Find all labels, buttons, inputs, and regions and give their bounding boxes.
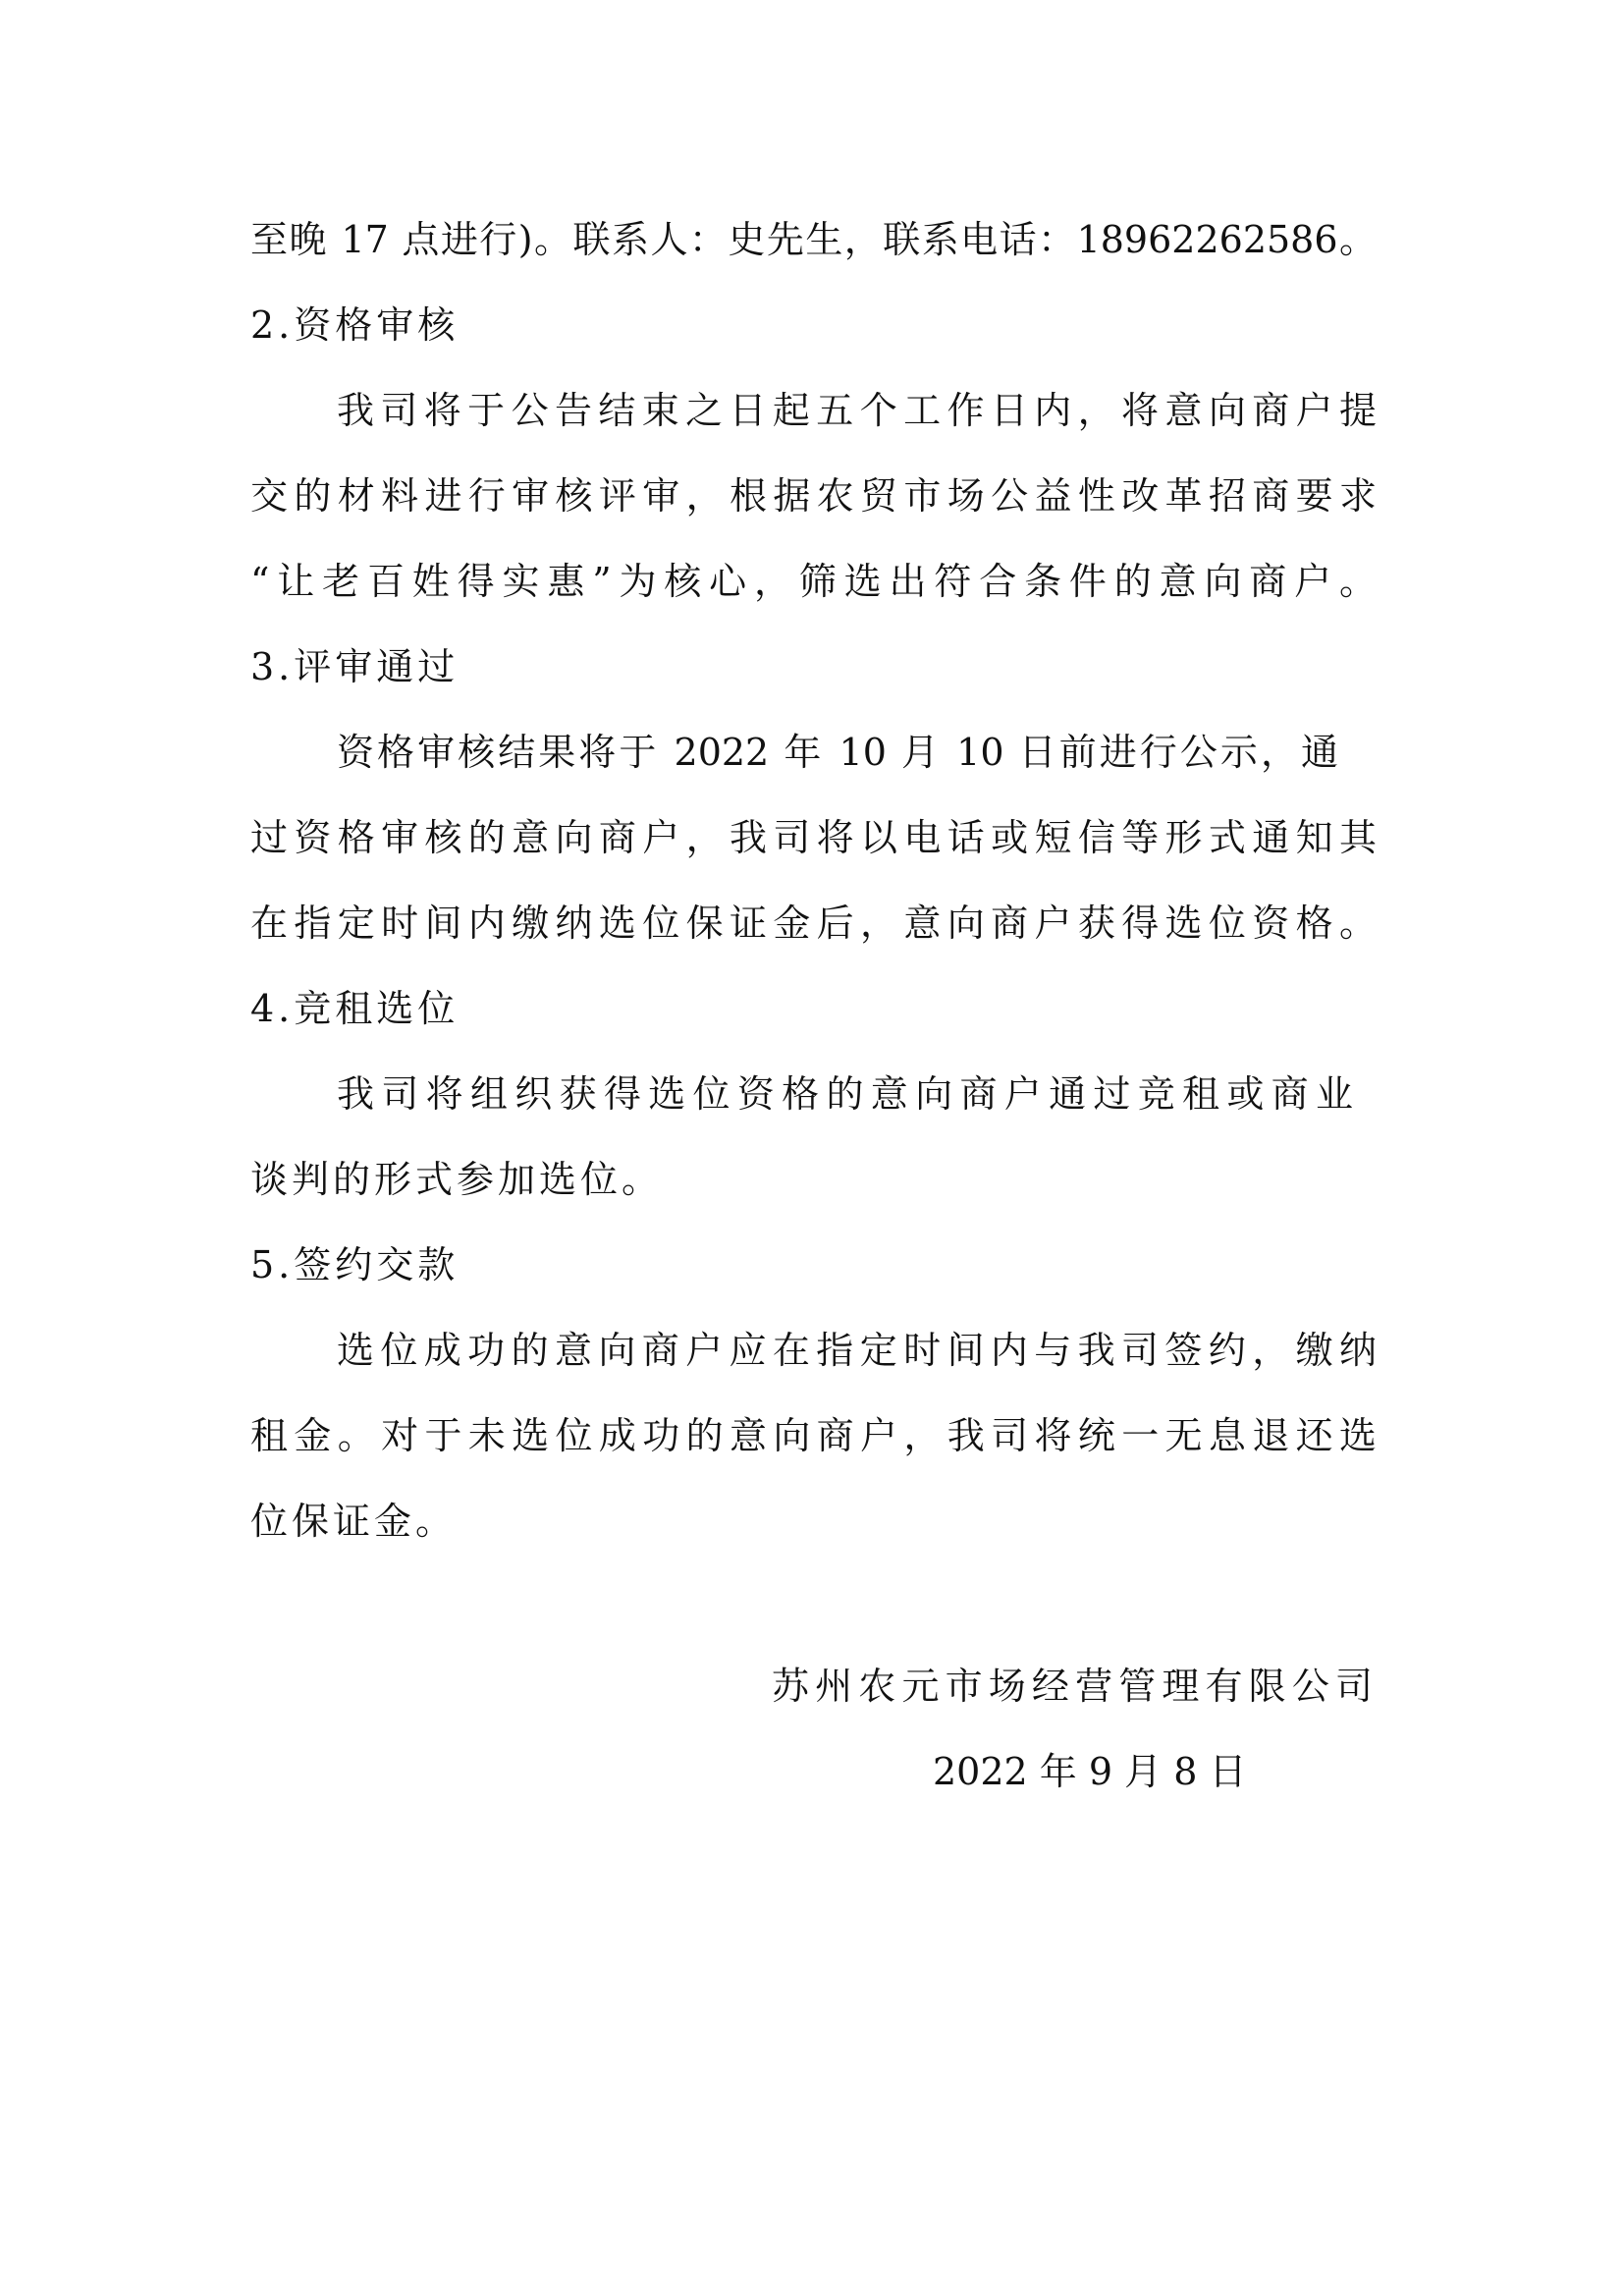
- document-page: 至晚 17 点进行)。联系人：史先生，联系电话：18962262586。 2.资…: [0, 0, 1623, 2296]
- section-heading-signing-payment: 5.签约交款: [250, 1243, 1377, 1286]
- body-line: 在指定时间内缴纳选位保证金后，意向商户获得选位资格。: [250, 902, 1377, 945]
- body-line: 位保证金。: [250, 1500, 1377, 1543]
- signature-date: 2022 年 9 月 8 日: [933, 1750, 1237, 1793]
- body-line-contact: 至晚 17 点进行)。联系人：史先生，联系电话：18962262586。: [250, 218, 1377, 261]
- body-line: 交的材料进行审核评审，根据农贸市场公益性改革招商要求: [250, 474, 1377, 518]
- body-line: 我司将于公告结束之日起五个工作日内，将意向商户提: [337, 389, 1377, 432]
- signature-company: 苏州农元市场经营管理有限公司: [772, 1665, 1373, 1708]
- body-line: 选位成功的意向商户应在指定时间内与我司签约，缴纳: [337, 1329, 1377, 1372]
- body-line: 资格审核结果将于 2022 年 10 月 10 日前进行公示，通: [337, 731, 1338, 774]
- body-line: “让老百姓得实惠”为核心，筛选出符合条件的意向商户。: [250, 560, 1377, 603]
- body-line: 谈判的形式参加选位。: [250, 1158, 1377, 1201]
- body-line: 租金。对于未选位成功的意向商户，我司将统一无息退还选: [250, 1414, 1377, 1457]
- section-heading-qualification-review: 2.资格审核: [250, 303, 1377, 347]
- section-heading-bidding-selection: 4.竞租选位: [250, 987, 1377, 1030]
- body-line: 过资格审核的意向商户，我司将以电话或短信等形式通知其: [250, 816, 1377, 859]
- section-heading-review-passed: 3.评审通过: [250, 645, 1377, 688]
- body-line: 我司将组织获得选位资格的意向商户通过竞租或商业: [337, 1072, 1353, 1116]
